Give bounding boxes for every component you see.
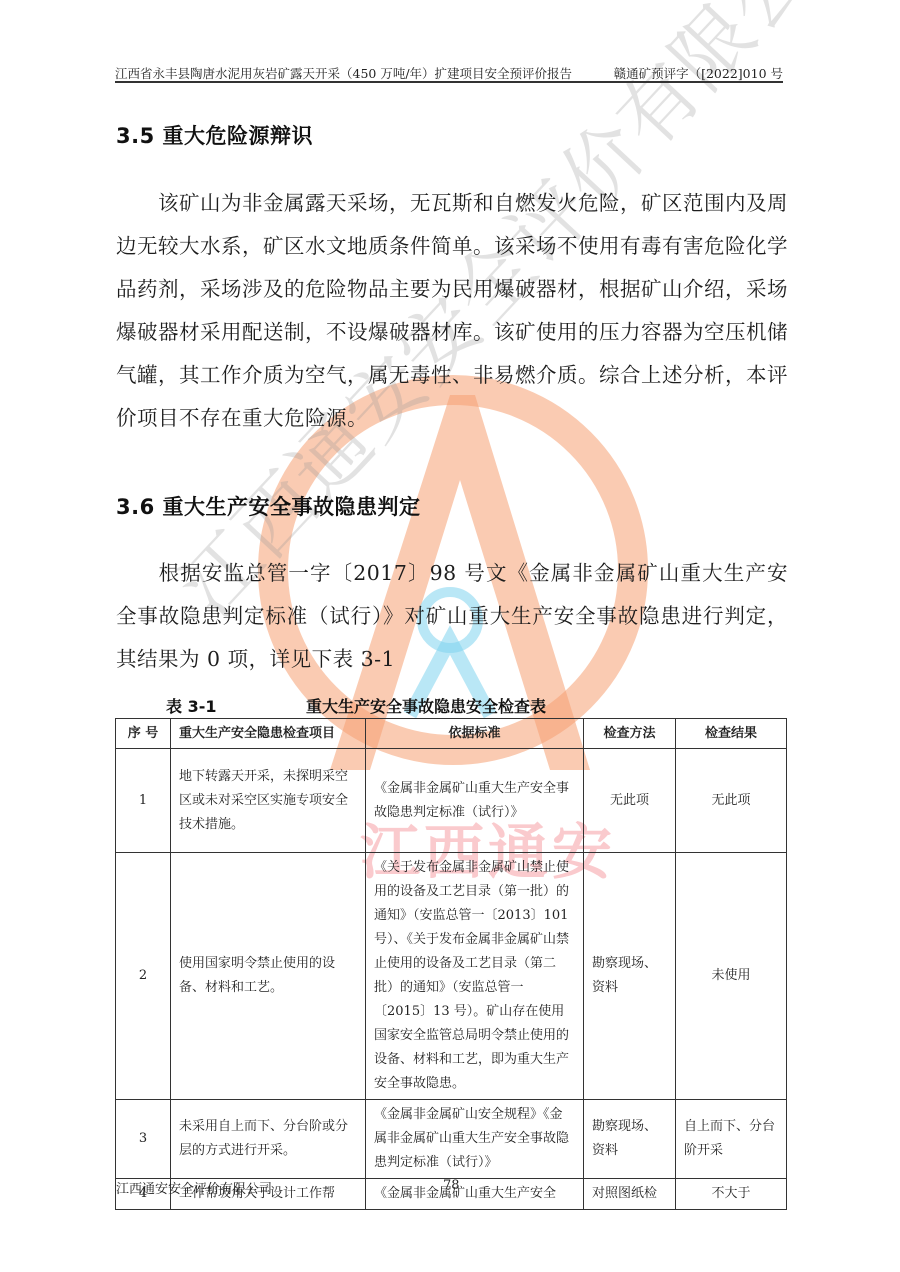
cell-item: 使用国家明令禁止使用的设备、材料和工艺。 bbox=[171, 853, 366, 1100]
cell-basis: 《金属非金属矿山安全规程》《金属非金属矿山重大生产安全事故隐患判定标准（试行）》 bbox=[366, 1100, 584, 1179]
cell-no: 2 bbox=[116, 853, 171, 1100]
column-header-no: 序 号 bbox=[116, 719, 171, 749]
table-caption-number: 表 3-1 bbox=[166, 694, 216, 717]
cell-basis: 《金属非金属矿山重大生产安全 bbox=[366, 1179, 584, 1210]
table-row: 2 使用国家明令禁止使用的设备、材料和工艺。 《关于发布金属非金属矿山禁止使用的… bbox=[116, 853, 787, 1100]
page-header: 江西省永丰县陶唐水泥用灰岩矿露天开采（450 万吨/年）扩建项目安全预评价报告 … bbox=[115, 62, 783, 82]
cell-no: 3 bbox=[116, 1100, 171, 1179]
hazard-check-table: 序 号 重大生产安全隐患检查项目 依据标准 检查方法 检查结果 1 地下转露天开… bbox=[115, 718, 787, 1210]
cell-basis: 《关于发布金属非金属矿山禁止使用的设备及工艺目录（第一批）的通知》（安监总管一〔… bbox=[366, 853, 584, 1100]
column-header-basis: 依据标准 bbox=[366, 719, 584, 749]
cell-no: 1 bbox=[116, 749, 171, 853]
page-number: 78 bbox=[443, 1178, 460, 1193]
report-title: 江西省永丰县陶唐水泥用灰岩矿露天开采（450 万吨/年）扩建项目安全预评价报告 bbox=[115, 64, 572, 82]
table-caption-title: 重大生产安全事故隐患安全检查表 bbox=[306, 694, 546, 717]
section-heading-3-5: 3.5 重大危险源辩识 bbox=[116, 120, 313, 150]
column-header-method: 检查方法 bbox=[584, 719, 676, 749]
document-page: 江西通安安全评价有限公司 江西通安 江西省永丰县陶唐水泥用灰岩矿露天开采（450… bbox=[0, 0, 900, 1272]
table-row: 3 未采用自上而下、分台阶或分层的方式进行开采。 《金属非金属矿山安全规程》《金… bbox=[116, 1100, 787, 1179]
section-heading-3-6: 3.6 重大生产安全事故隐患判定 bbox=[116, 491, 421, 521]
cell-result: 未使用 bbox=[676, 853, 787, 1100]
section-3-5-text: 该矿山为非金属露天采场，无瓦斯和自燃发火危险，矿区范围内及周边无较大水系，矿区水… bbox=[116, 191, 788, 430]
cell-result: 不大于 bbox=[676, 1179, 787, 1210]
table-header-row: 序 号 重大生产安全隐患检查项目 依据标准 检查方法 检查结果 bbox=[116, 719, 787, 749]
column-header-result: 检查结果 bbox=[676, 719, 787, 749]
section-3-5-paragraph: 该矿山为非金属露天采场，无瓦斯和自燃发火危险，矿区范围内及周边无较大水系，矿区水… bbox=[116, 182, 788, 440]
footer-company: 江西通安安全评价有限公司 bbox=[116, 1178, 272, 1197]
cell-method: 勘察现场、资料 bbox=[584, 853, 676, 1100]
table-row: 1 地下转露天开采，未探明采空区或未对采空区实施专项安全技术措施。 《金属非金属… bbox=[116, 749, 787, 853]
header-divider bbox=[115, 81, 783, 83]
cell-method: 对照图纸检 bbox=[584, 1179, 676, 1210]
section-3-6-text: 根据安监总管一字〔2017〕98 号文《金属非金属矿山重大生产安全事故隐患判定标… bbox=[116, 561, 788, 671]
cell-item: 地下转露天开采，未探明采空区或未对采空区实施专项安全技术措施。 bbox=[171, 749, 366, 853]
cell-basis: 《金属非金属矿山重大生产安全事故隐患判定标准（试行）》 bbox=[366, 749, 584, 853]
cell-result: 无此项 bbox=[676, 749, 787, 853]
document-number: 赣通矿预评字（[2022]010 号 bbox=[614, 64, 783, 82]
cell-item: 未采用自上而下、分台阶或分层的方式进行开采。 bbox=[171, 1100, 366, 1179]
section-3-6-paragraph: 根据安监总管一字〔2017〕98 号文《金属非金属矿山重大生产安全事故隐患判定标… bbox=[116, 552, 788, 681]
cell-method: 无此项 bbox=[584, 749, 676, 853]
column-header-item: 重大生产安全隐患检查项目 bbox=[171, 719, 366, 749]
cell-result: 自上而下、分台阶开采 bbox=[676, 1100, 787, 1179]
cell-method: 勘察现场、资料 bbox=[584, 1100, 676, 1179]
